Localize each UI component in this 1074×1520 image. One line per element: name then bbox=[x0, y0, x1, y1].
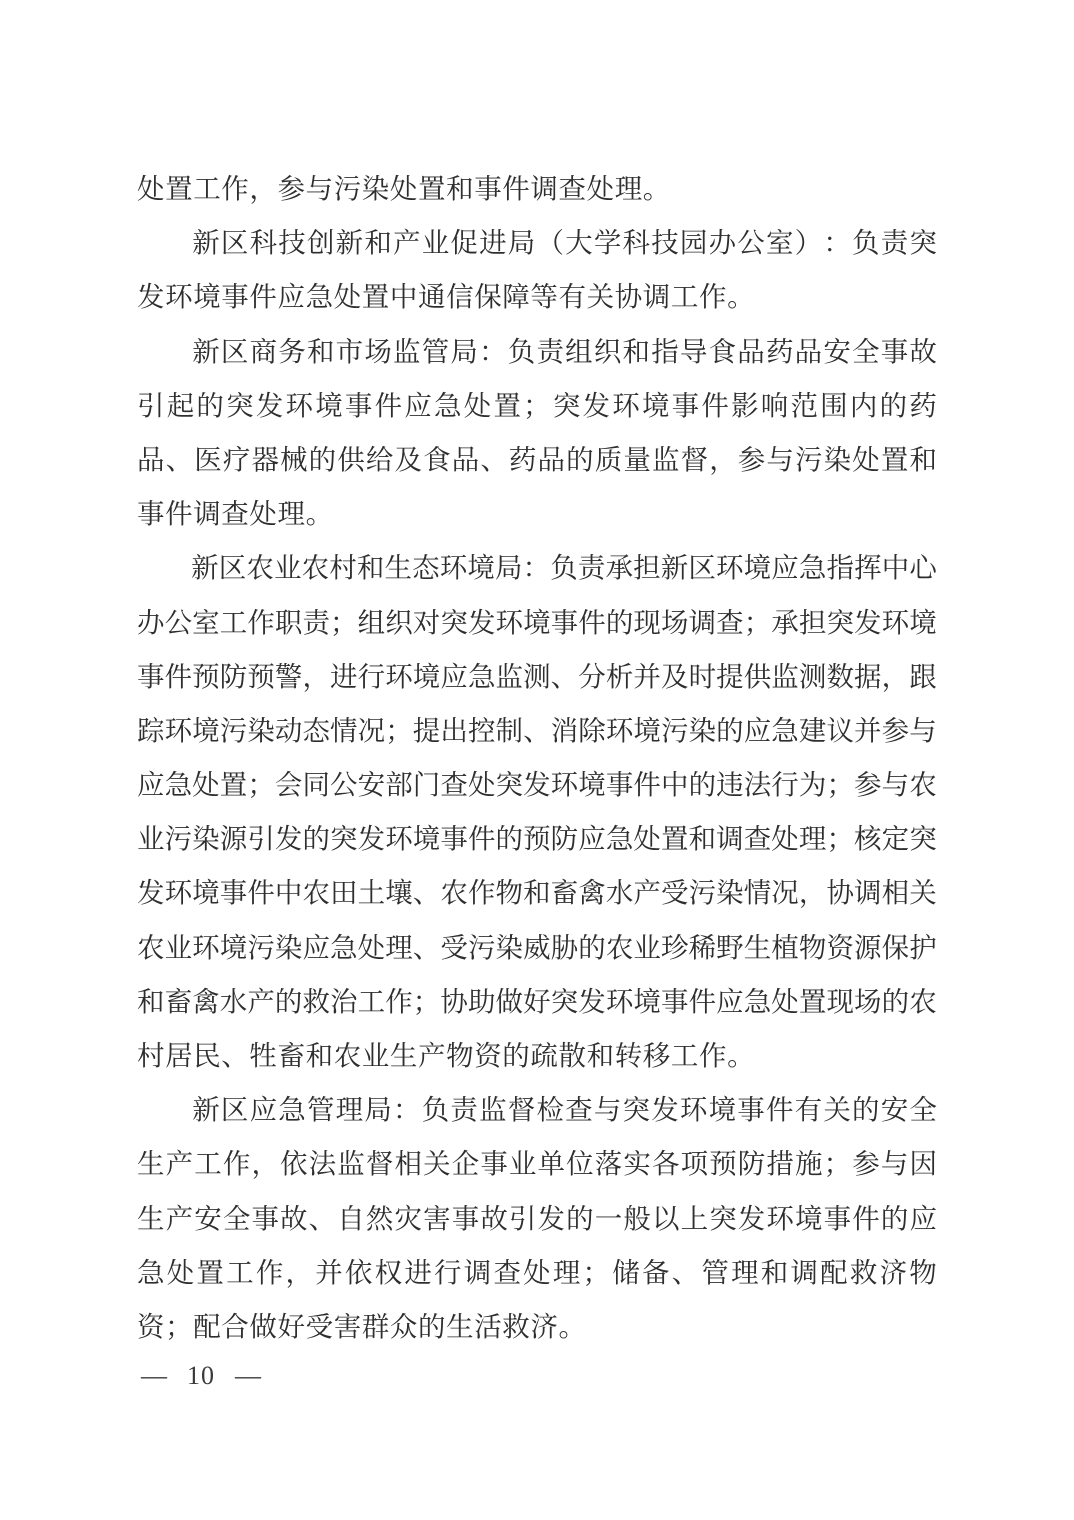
footer-dash-left: — bbox=[141, 1361, 167, 1391]
text-line: 新区科技创新和产业促进局（大学科技园办公室）：负责突 bbox=[137, 216, 937, 270]
text-line: 新区应急管理局：负责监督检查与突发环境事件有关的安全 bbox=[137, 1083, 937, 1137]
text-line: 品、医疗器械的供给及食品、药品的质量监督，参与污染处置和 bbox=[137, 433, 937, 487]
paragraph-indent bbox=[137, 1083, 191, 1084]
paragraph-indent bbox=[137, 216, 191, 217]
footer-dash-right: — bbox=[235, 1361, 261, 1391]
text-line: 应急处置；会同公安部门查处突发环境事件中的违法行为；参与农 bbox=[137, 758, 937, 812]
page-footer: — 10 — bbox=[141, 1361, 261, 1391]
text-line: 急处置工作，并依权进行调查处理；储备、管理和调配救济物 bbox=[137, 1246, 937, 1300]
page-number: 10 bbox=[187, 1361, 215, 1391]
text-line: 和畜禽水产的救治工作；协助做好突发环境事件应急处置现场的农 bbox=[137, 975, 937, 1029]
text-line: 村居民、牲畜和农业生产物资的疏散和转移工作。 bbox=[137, 1029, 937, 1083]
text-block: 处置工作，参与污染处置和事件调查处理。新区科技创新和产业促进局（大学科技园办公室… bbox=[137, 162, 937, 1354]
text-line: 发环境事件中农田土壤、农作物和畜禽水产受污染情况，协调相关 bbox=[137, 866, 937, 920]
text-line: 生产安全事故、自然灾害事故引发的一般以上突发环境事件的应 bbox=[137, 1192, 937, 1246]
text-line: 引起的突发环境事件应急处置；突发环境事件影响范围内的药 bbox=[137, 379, 937, 433]
text-line: 农业环境污染应急处理、受污染威胁的农业珍稀野生植物资源保护 bbox=[137, 921, 937, 975]
text-line: 业污染源引发的突发环境事件的预防应急处置和调查处理；核定突 bbox=[137, 812, 937, 866]
document-page: 处置工作，参与污染处置和事件调查处理。新区科技创新和产业促进局（大学科技园办公室… bbox=[0, 0, 1074, 1520]
text-line: 事件调查处理。 bbox=[137, 487, 937, 541]
text-line: 事件预防预警，进行环境应急监测、分析并及时提供监测数据，跟 bbox=[137, 650, 937, 704]
text-line: 办公室工作职责；组织对突发环境事件的现场调查；承担突发环境 bbox=[137, 596, 937, 650]
paragraph-indent bbox=[137, 541, 191, 542]
text-line: 新区商务和市场监管局：负责组织和指导食品药品安全事故 bbox=[137, 325, 937, 379]
text-line: 发环境事件应急处置中通信保障等有关协调工作。 bbox=[137, 270, 937, 324]
text-line: 新区农业农村和生态环境局：负责承担新区环境应急指挥中心 bbox=[137, 541, 937, 595]
text-line: 处置工作，参与污染处置和事件调查处理。 bbox=[137, 162, 937, 216]
paragraph-indent bbox=[137, 325, 191, 326]
text-line: 踪环境污染动态情况；提出控制、消除环境污染的应急建议并参与 bbox=[137, 704, 937, 758]
text-line: 资；配合做好受害群众的生活救济。 bbox=[137, 1300, 937, 1354]
text-line: 生产工作，依法监督相关企事业单位落实各项预防措施；参与因 bbox=[137, 1137, 937, 1191]
